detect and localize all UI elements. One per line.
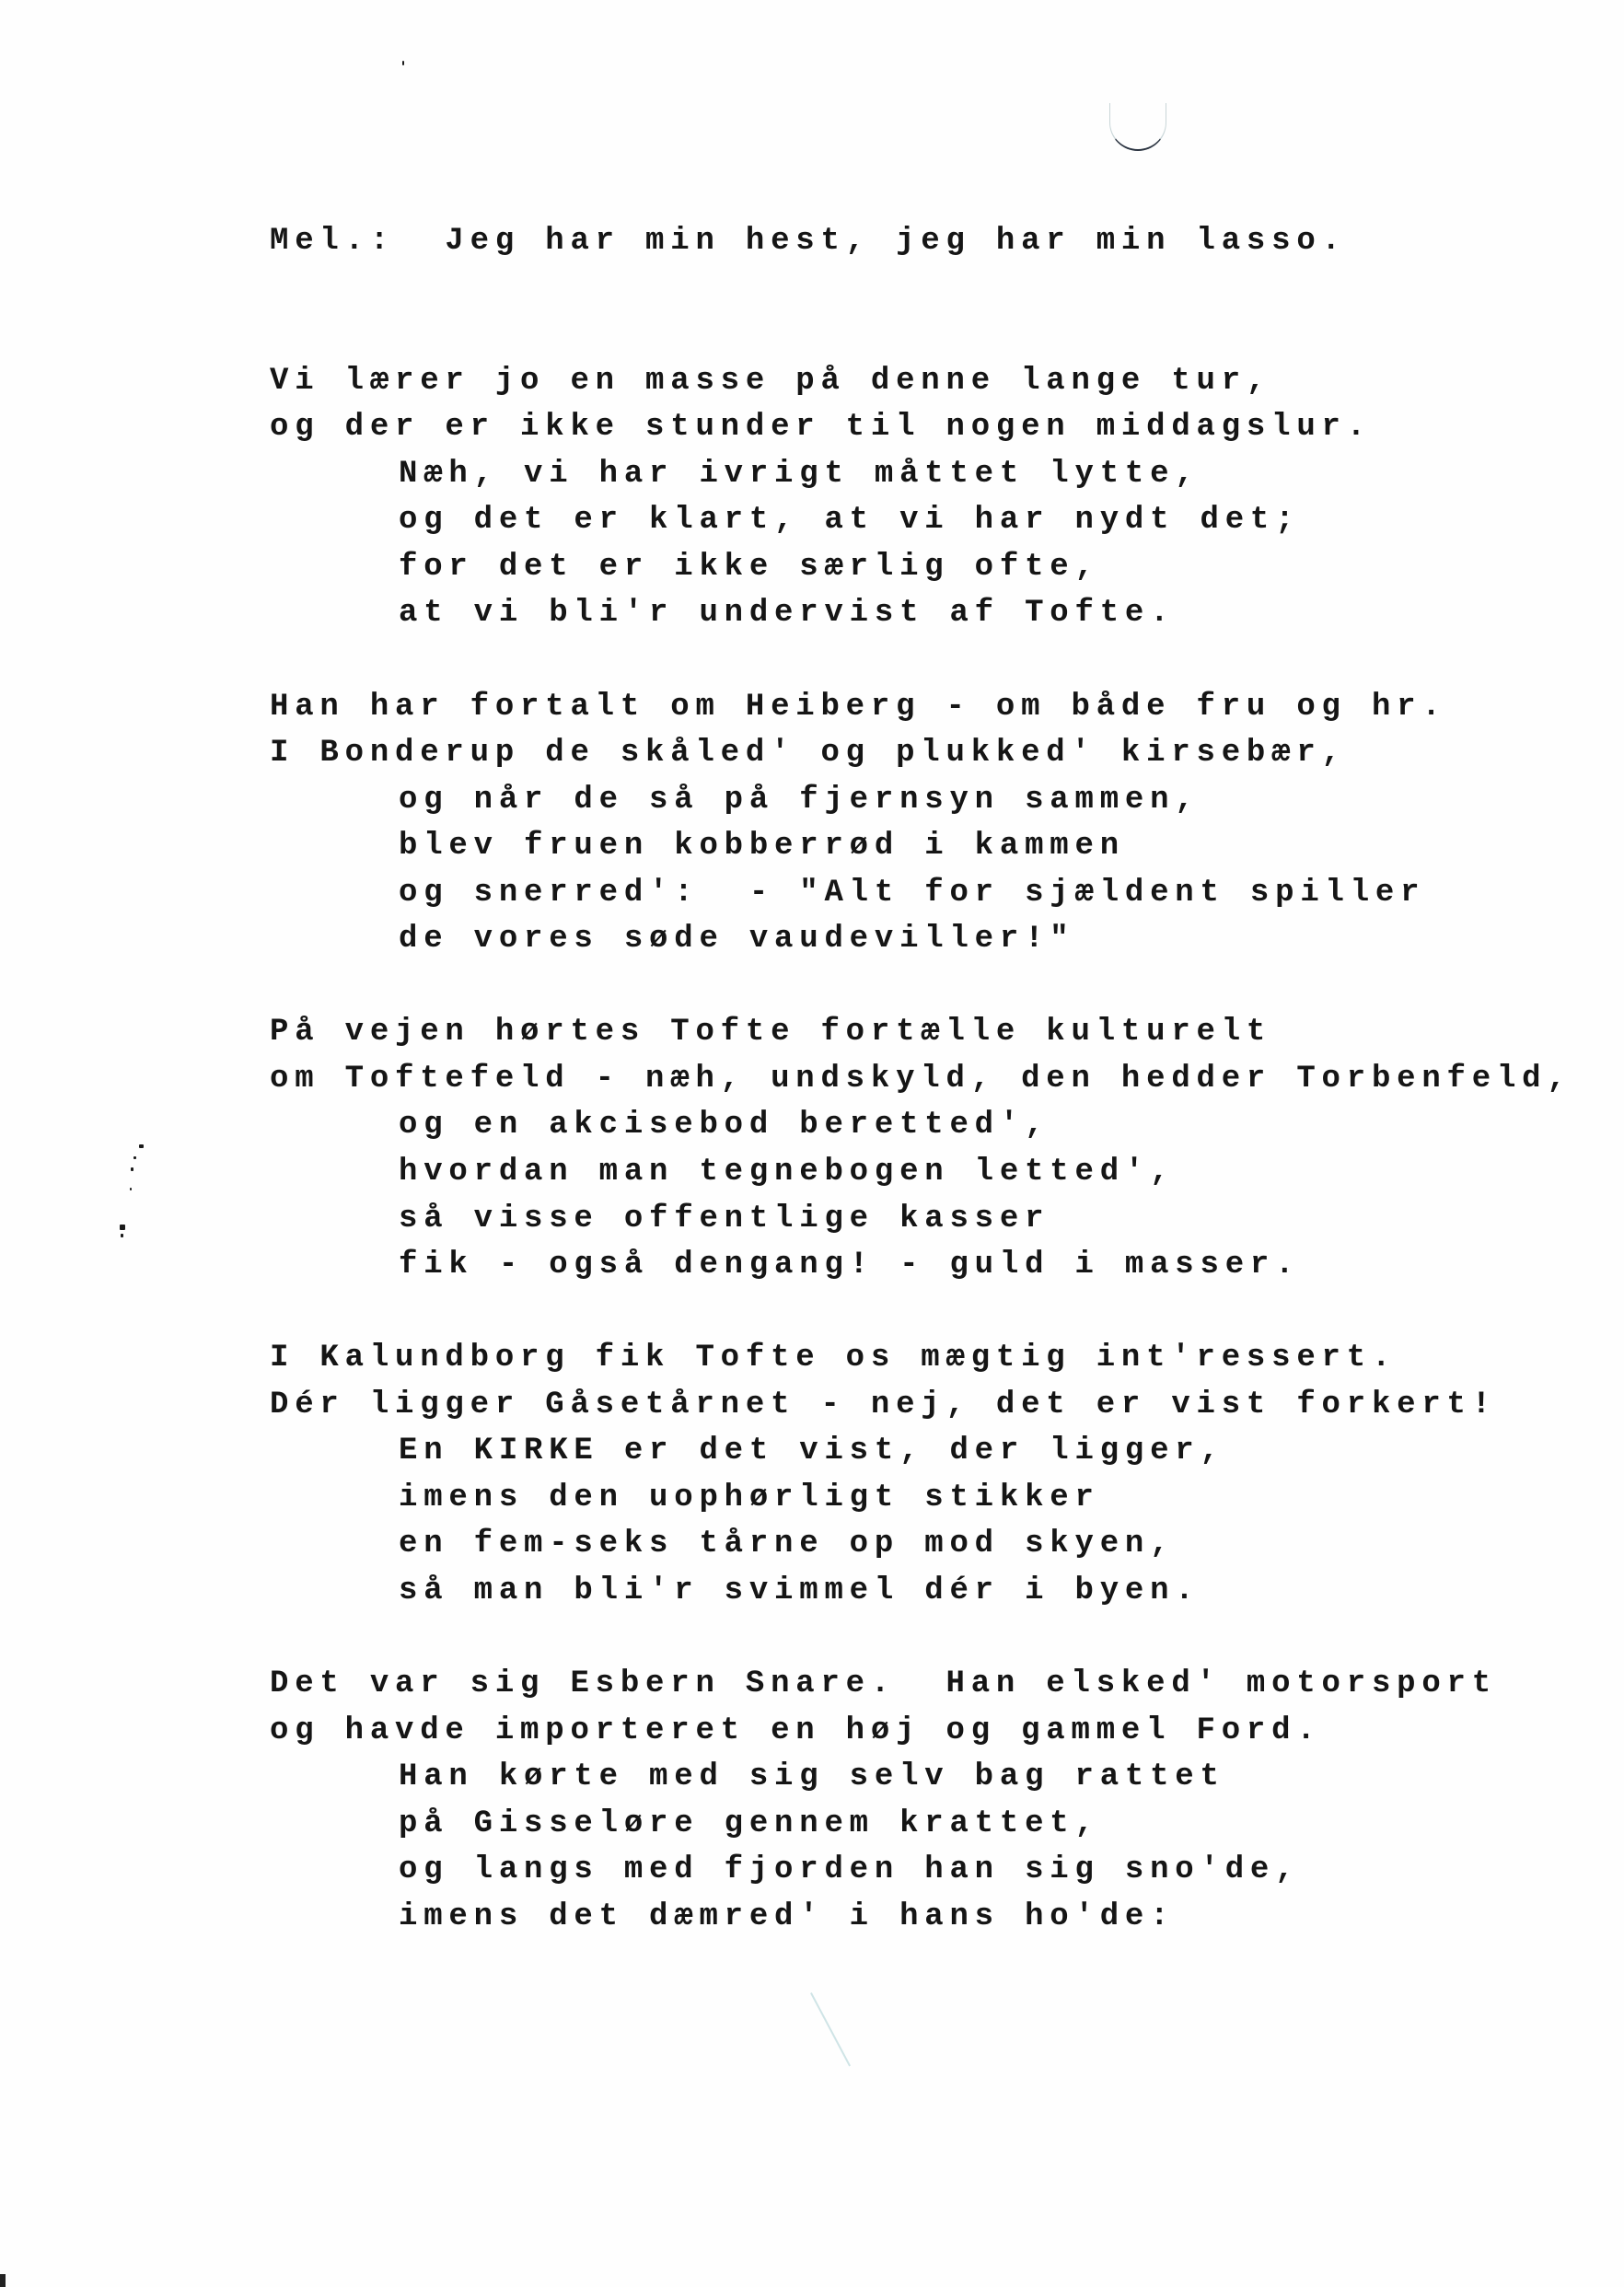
paper-speck [131, 1167, 133, 1171]
verse-line: På vejen hørtes Tofte fortælle kulturelt [270, 1009, 1271, 1055]
verse-line: og snerred': - "Alt for sjældent spiller [399, 870, 1425, 916]
verse-line: at vi bli'r undervist af Tofte. [399, 590, 1175, 636]
verse-line: på Gisseløre gennem krattet, [399, 1801, 1100, 1847]
verse-line: imens det dæmred' i hans ho'de: [399, 1894, 1175, 1940]
verse-line: og en akcisebod beretted', [399, 1102, 1050, 1148]
verse-line: en fem-seks tårne op mod skyen, [399, 1521, 1175, 1567]
melody-line: Mel.: Jeg har min hest, jeg har min lass… [270, 218, 1347, 264]
verse-line: så visse offentlige kasser [399, 1196, 1050, 1242]
verse-line: og der er ikke stunder til nogen middags… [270, 404, 1372, 450]
paper-speck [133, 1156, 136, 1159]
verse-line: Han har fortalt om Heiberg - om både fru… [270, 684, 1447, 730]
verse-line: fik - også dengang! - guld i masser. [399, 1242, 1300, 1288]
paper-speck [402, 61, 404, 65]
verse-line: imens den uophørligt stikker [399, 1475, 1100, 1521]
verse-line: og det er klart, at vi har nydt det; [399, 497, 1300, 543]
scan-edge-mark [0, 2274, 6, 2287]
verse-line: Næh, vi har ivrigt måttet lytte, [399, 451, 1201, 497]
song-text: Mel.: Jeg har min hest, jeg har min lass… [270, 0, 370, 105]
verse-line: blev fruen kobberrød i kammen [399, 823, 1125, 869]
verse-line: Dér ligger Gåsetårnet - nej, det er vist… [270, 1382, 1497, 1428]
verse-line: Det var sig Esbern Snare. Han elsked' mo… [270, 1661, 1497, 1707]
paper-scratch [810, 1992, 851, 2066]
paper-speck [130, 1188, 132, 1190]
verse-line: de vores søde vaudeviller!" [399, 916, 1075, 962]
paper-speck [120, 1225, 125, 1230]
paper-speck [139, 1144, 144, 1148]
verse-line: for det er ikke særlig ofte, [399, 544, 1100, 590]
paper-mark [1109, 103, 1166, 151]
verse-line: I Bonderup de skåled' og plukked' kirseb… [270, 730, 1347, 776]
verse-line: og når de så på fjernsyn sammen, [399, 777, 1201, 823]
verse-line: om Toftefeld - næh, undskyld, den hedder… [270, 1056, 1572, 1102]
verse-line: og langs med fjorden han sig sno'de, [399, 1847, 1300, 1893]
paper-speck [121, 1234, 123, 1237]
verse-line: Han kørte med sig selv bag rattet [399, 1754, 1225, 1800]
verse-line: I Kalundborg fik Tofte os mægtig int'res… [270, 1335, 1397, 1381]
typewritten-page: Mel.: Jeg har min hest, jeg har min lass… [0, 0, 1624, 2287]
verse-line: og havde importeret en høj og gammel For… [270, 1708, 1322, 1754]
verse-line: så man bli'r svimmel dér i byen. [399, 1568, 1201, 1614]
verse-line: hvordan man tegnebogen letted', [399, 1149, 1175, 1195]
verse-line: Vi lærer jo en masse på denne lange tur, [270, 358, 1271, 404]
verse-line: En KIRKE er det vist, der ligger, [399, 1428, 1225, 1474]
